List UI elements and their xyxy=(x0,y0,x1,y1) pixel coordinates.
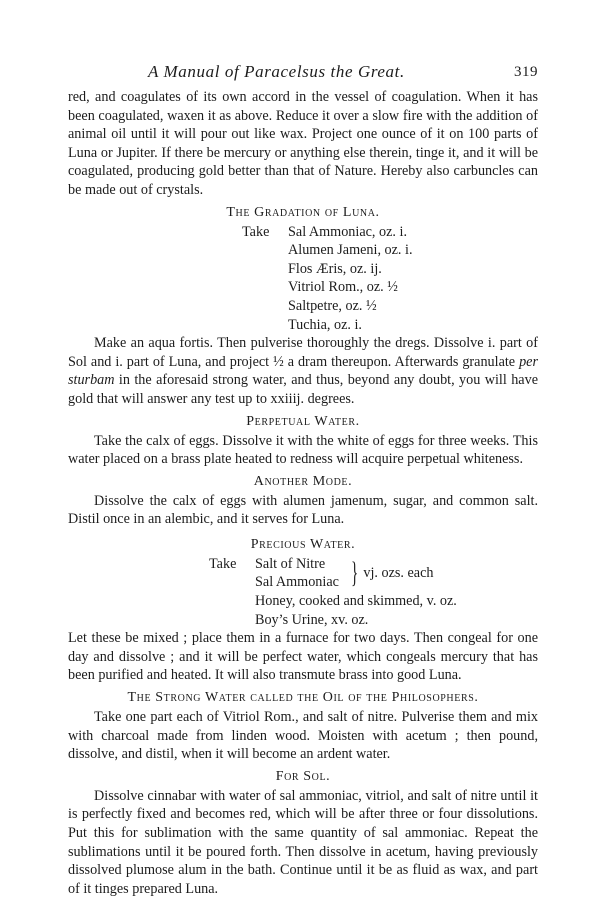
recipe-ingredient: Sal Ammoniac xyxy=(255,573,339,592)
heading-strong-water: The Strong Water called the Oil of the P… xyxy=(68,688,538,707)
recipe-ingredient: Alumen Jameni, oz. i. xyxy=(288,241,413,260)
recipe-take-label: Take xyxy=(242,223,288,242)
right-brace-icon: } xyxy=(351,558,358,588)
paragraph-for-sol: Dissolve cinnabar with water of sal ammo… xyxy=(68,787,538,899)
recipe-ingredient: Salt of Nitre xyxy=(255,555,339,574)
recipe-ingredient: Honey, cooked and skimmed, v. oz. xyxy=(255,593,457,609)
recipe-ingredient: Flos Æris, oz. ij. xyxy=(288,260,382,279)
heading-precious-water: Precious Water. xyxy=(68,535,538,554)
recipe-gradation-of-luna: Take Sal Ammoniac, oz. i. Alumen Jameni,… xyxy=(242,223,538,335)
heading-another-mode: Another Mode. xyxy=(68,472,538,491)
running-title: A Manual of Paracelsus the Great. xyxy=(148,62,405,82)
recipe-ingredient: Sal Ammoniac, oz. i. xyxy=(288,223,407,242)
heading-gradation-of-luna: The Gradation of Luna. xyxy=(68,203,538,222)
brace-note: vj. ozs. each xyxy=(363,564,433,583)
paragraph-text: in the aforesaid strong water, and thus,… xyxy=(68,372,538,407)
paragraph-strong-water: Take one part each of Vitriol Rom., and … xyxy=(68,708,538,764)
paragraph-precious-water: Let these be mixed ; place them in a fur… xyxy=(68,629,538,685)
paragraph-text: Make an aqua fortis. Then pulverise thor… xyxy=(68,335,538,370)
running-head: A Manual of Paracelsus the Great. 319 xyxy=(68,62,538,88)
recipe-ingredient: Saltpetre, oz. ½ xyxy=(288,297,377,316)
paragraph-perpetual-water: Take the calx of eggs. Dissolve it with … xyxy=(68,432,538,469)
recipe-precious-water: Take Salt of Nitre Sal Ammoniac } vj. oz… xyxy=(209,555,538,629)
heading-perpetual-water: Perpetual Water. xyxy=(68,412,538,431)
recipe-ingredient: Tuchia, oz. i. xyxy=(288,316,362,335)
paragraph-aqua-fortis: Make an aqua fortis. Then pulverise thor… xyxy=(68,334,538,408)
paragraph-continuation: red, and coagulates of its own accord in… xyxy=(68,88,538,200)
recipe-take-label: Take xyxy=(209,555,255,574)
book-page: A Manual of Paracelsus the Great. 319 re… xyxy=(68,62,538,898)
recipe-ingredient: Boy’s Urine, xv. oz. xyxy=(255,612,368,628)
page-number: 319 xyxy=(514,64,538,81)
recipe-ingredient: Vitriol Rom., oz. ½ xyxy=(288,278,398,297)
paragraph-another-mode: Dissolve the calx of eggs with alumen ja… xyxy=(68,492,538,529)
heading-for-sol: For Sol. xyxy=(68,767,538,786)
